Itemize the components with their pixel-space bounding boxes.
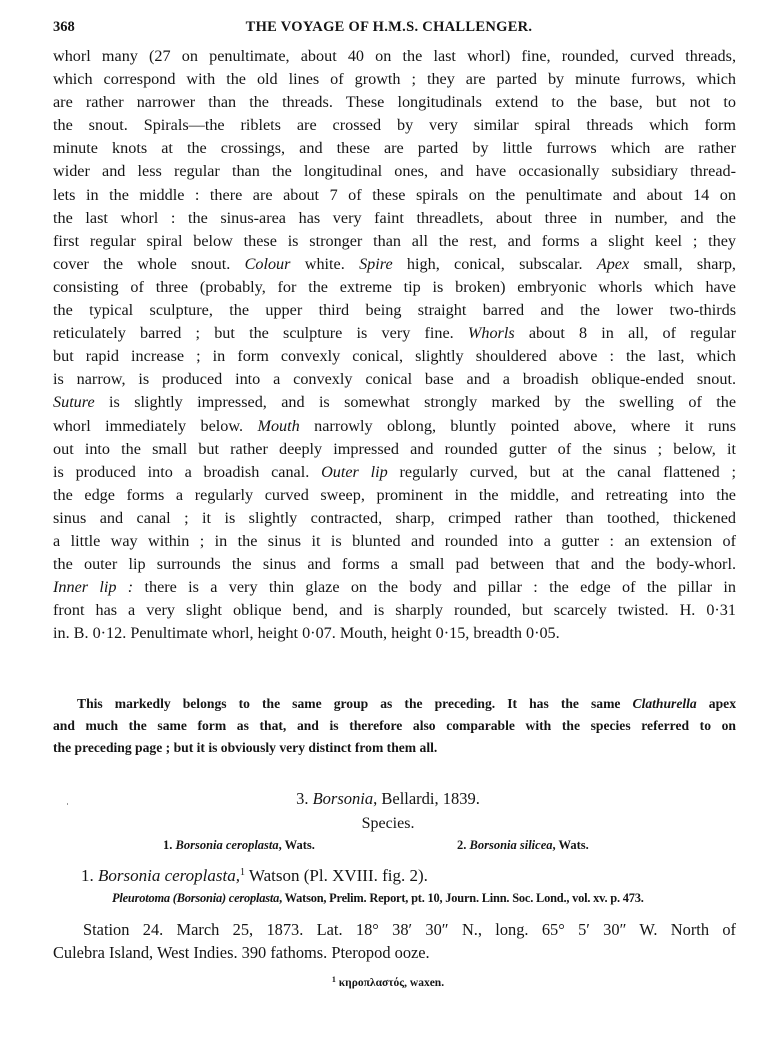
body-line: the last whorl : the sinus-area has very… <box>53 207 736 230</box>
body-line: reticulately barred ; but the sculpture … <box>53 322 736 345</box>
species-label: Species. <box>0 815 776 833</box>
station-record: Station 24. March 25, 1873. Lat. 18° 38′… <box>53 918 736 964</box>
genus-name-italic: Clathurella <box>633 696 697 711</box>
body-text-segment: regularly curved, but at the canal flatt… <box>388 463 736 481</box>
section-keyword-italic: Whorls <box>468 324 515 342</box>
species-name: Borsonia silicea <box>470 838 553 852</box>
species-entry-title: 1. Borsonia ceroplasta,1 Watson (Pl. XVI… <box>81 866 428 886</box>
section-keyword-italic: Outer lip <box>321 463 388 481</box>
body-line: but rapid increase ; in form convexly co… <box>53 345 736 368</box>
body-line: the edge forms a regularly curved sweep,… <box>53 484 736 507</box>
species-name: Borsonia ceroplasta, <box>98 866 240 885</box>
species-author: , Wats. <box>553 838 589 852</box>
entry-author-plate: Watson (Pl. XVIII. fig. 2). <box>245 866 428 885</box>
body-line: whorl immediately below. Mouth narrowly … <box>53 415 736 438</box>
section-keyword-italic: Mouth <box>257 417 299 435</box>
station-line: Culebra Island, West Indies. 390 fathoms… <box>53 941 736 964</box>
body-text-segment: high, conical, subscalar. <box>393 255 597 273</box>
heading-number: 3. <box>296 789 313 808</box>
body-line: out into the small but rather deeply imp… <box>53 438 736 461</box>
body-text-segment: there is a very thin glaze on the body a… <box>133 578 736 596</box>
species-name: Borsonia ceroplasta <box>176 838 279 852</box>
body-text-segment: about 8 in all, of regular <box>515 324 736 342</box>
body-line: front has a very slight oblique bend, an… <box>53 599 736 622</box>
item-number: 1. <box>163 838 176 852</box>
body-line: the outer lip surrounds the sinus and fo… <box>53 553 736 576</box>
body-text-segment: reticulately barred ; but the sculpture … <box>53 324 468 342</box>
body-line: Suture is slightly impressed, and is som… <box>53 391 736 414</box>
footnote: 1 κηροπλαστός, waxen. <box>0 975 776 989</box>
body-line: minute knots at the crossings, and these… <box>53 137 736 160</box>
species-author: , Wats. <box>279 838 315 852</box>
synonym-citation: Pleurotoma (Borsonia) ceroplasta, Watson… <box>112 891 736 906</box>
body-text-segment: small, sharp, <box>629 255 736 273</box>
body-line: consisting of three (probably, for the e… <box>53 276 736 299</box>
document-page: 368 THE VOYAGE OF H.M.S. CHALLENGER. who… <box>0 0 776 1050</box>
remark-line: and much the same form as that, and is t… <box>53 715 736 737</box>
genus-author-year: , Bellardi, 1839. <box>373 789 480 808</box>
body-line: is produced into a broadish canal. Outer… <box>53 461 736 484</box>
section-keyword-italic: Inner lip : <box>53 578 133 596</box>
station-line: Station 24. March 25, 1873. Lat. 18° 38′… <box>53 918 736 941</box>
synonym-name: Pleurotoma (Borsonia) ceroplasta <box>112 891 279 905</box>
body-line: which correspond with the old lines of g… <box>53 68 736 91</box>
species-description: whorl many (27 on penultimate, about 40 … <box>53 45 736 645</box>
genus-heading: 3. Borsonia, Bellardi, 1839. <box>0 789 776 809</box>
body-text-segment: white. <box>290 255 359 273</box>
remark-text: apex <box>697 696 736 711</box>
body-line: whorl many (27 on penultimate, about 40 … <box>53 45 736 68</box>
section-keyword-italic: Suture <box>53 393 95 411</box>
body-text-segment: is produced into a broadish canal. <box>53 463 321 481</box>
species-list-item: 1. Borsonia ceroplasta, Wats. <box>163 838 315 853</box>
running-title: THE VOYAGE OF H.M.S. CHALLENGER. <box>53 19 725 36</box>
body-line: the snout. Spirals—the riblets are cross… <box>53 114 736 137</box>
body-line: sinus and canal ; it is slightly contrac… <box>53 507 736 530</box>
body-line: in. B. 0·12. Penultimate whorl, height 0… <box>53 622 736 645</box>
species-list: 1. Borsonia ceroplasta, Wats. 2. Borsoni… <box>0 838 776 856</box>
body-line: wider and less regular than the longitud… <box>53 160 736 183</box>
genus-name: Borsonia <box>313 789 374 808</box>
section-keyword-italic: Spire <box>359 255 393 273</box>
section-keyword-italic: Colour <box>245 255 291 273</box>
body-text-segment: cover the whole snout. <box>53 255 245 273</box>
body-line: first regular spiral below these is stro… <box>53 230 736 253</box>
body-line: Inner lip : there is a very thin glaze o… <box>53 576 736 599</box>
remark-line: This markedly belongs to the same group … <box>53 693 736 715</box>
body-text-segment: narrowly oblong, bluntly pointed above, … <box>300 417 736 435</box>
body-text-segment: whorl immediately below. <box>53 417 257 435</box>
body-text-segment: is slightly impressed, and is somewhat s… <box>95 393 736 411</box>
body-line: a little way within ; in the sinus it is… <box>53 530 736 553</box>
body-line: lets in the middle : there are about 7 o… <box>53 184 736 207</box>
body-line: cover the whole snout. Colour white. Spi… <box>53 253 736 276</box>
body-line: the typical sculpture, the upper third b… <box>53 299 736 322</box>
body-line: is narrow, is produced into a convexly c… <box>53 368 736 391</box>
remark-line: the preceding page ; but it is obviously… <box>53 737 736 759</box>
body-line: are rather narrower than the threads. Th… <box>53 91 736 114</box>
synonym-reference: , Watson, Prelim. Report, pt. 10, Journ.… <box>279 891 644 905</box>
page-header: 368 THE VOYAGE OF H.M.S. CHALLENGER. <box>53 19 725 39</box>
footnote-text: κηροπλαστός, waxen. <box>336 977 444 989</box>
species-list-item: 2. Borsonia silicea, Wats. <box>457 838 589 853</box>
remark-paragraph: This markedly belongs to the same group … <box>53 693 736 759</box>
item-number: 2. <box>457 838 470 852</box>
remark-text: This markedly belongs to the same group … <box>77 696 633 711</box>
entry-number: 1. <box>81 866 98 885</box>
section-keyword-italic: Apex <box>597 255 629 273</box>
